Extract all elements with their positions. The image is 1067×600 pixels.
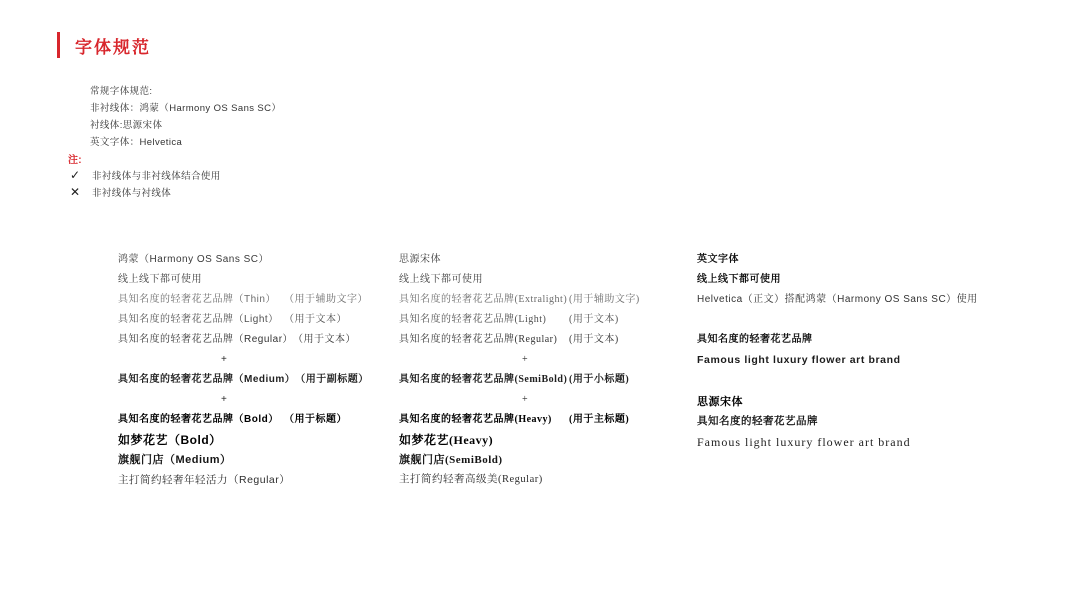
spec-usage: （用于文本） (293, 330, 356, 350)
spec-row-thin: 具知名度的轻奢花艺品牌（Thin） （用于辅助文字） (118, 290, 403, 310)
column-subtitle: 线上线下都可使用 (697, 270, 1027, 290)
spec-name: 具知名度的轻奢花艺品牌(Heavy) (399, 410, 569, 430)
notes-line-sans: 非衬线体：鸿蒙（Harmony OS Sans SC） (90, 100, 281, 117)
spec-usage: （用于标题） (284, 410, 347, 430)
sample-store-name: 旗舰门店(SemiBold) (399, 450, 694, 470)
sans-sample-en: Famous light luxury flower art brand (697, 350, 1027, 370)
notes-heading: 常规字体规范: (90, 83, 281, 100)
spec-row-medium: 具知名度的轻奢花艺品牌（Medium） （用于副标题） (118, 370, 403, 390)
spec-name: 具知名度的轻奢花艺品牌（Regular） (118, 330, 293, 350)
plus-separator: + (118, 350, 403, 370)
column-subtitle: 线上线下都可使用 (118, 270, 403, 290)
plus-separator: + (399, 350, 694, 370)
spec-row-regular: 具知名度的轻奢花艺品牌(Regular) (用于文本) (399, 330, 694, 350)
page-title: 字体规范 (75, 33, 151, 58)
column-source-han-serif: 思源宋体 线上线下都可使用 具知名度的轻奢花艺品牌(Extralight) (用… (399, 250, 694, 490)
spec-usage: (用于文本) (569, 330, 619, 350)
serif-heading: 思源宋体 (697, 392, 1027, 412)
spec-row-light: 具知名度的轻奢花艺品牌(Light) (用于文本) (399, 310, 694, 330)
column-title: 英文字体 (697, 250, 1027, 270)
spec-row-heavy: 具知名度的轻奢花艺品牌(Heavy) (用于主标题) (399, 410, 694, 430)
rule-allowed-text: 非衬线体与非衬线体结合使用 (92, 168, 221, 182)
rule-forbidden-text: 非衬线体与衬线体 (92, 185, 171, 199)
spec-name: 具知名度的轻奢花艺品牌（Medium） (118, 370, 295, 390)
spec-usage: (用于辅助文字) (569, 290, 640, 310)
sample-store-name: 旗舰门店（Medium） (118, 450, 403, 470)
note-label: 注: (68, 151, 82, 166)
column-english-fonts: 英文字体 线上线下都可使用 Helvetica（正文）搭配鸿蒙（Harmony … (697, 250, 1027, 452)
spec-usage: （用于辅助文字） (284, 290, 368, 310)
sample-slogan: 主打简约轻奢高级美(Regular) (399, 470, 694, 490)
spec-row-extralight: 具知名度的轻奢花艺品牌(Extralight) (用于辅助文字) (399, 290, 694, 310)
pairing-rule: Helvetica（正文）搭配鸿蒙（Harmony OS Sans SC）使用 (697, 290, 1027, 310)
rule-allowed: ✓ 非衬线体与非衬线体结合使用 (70, 166, 221, 183)
spec-usage: (用于文本) (569, 310, 619, 330)
plus-separator: + (399, 390, 694, 410)
spec-row-regular: 具知名度的轻奢花艺品牌（Regular） （用于文本） (118, 330, 403, 350)
sample-brand-name: 如梦花艺（Bold） (118, 430, 403, 450)
column-subtitle: 线上线下都可使用 (399, 270, 694, 290)
spec-name: 具知名度的轻奢花艺品牌(SemiBold) (399, 370, 569, 390)
notes-line-serif: 衬线体:思源宋体 (90, 117, 281, 134)
column-harmony-sans: 鸿蒙（Harmony OS Sans SC） 线上线下都可使用 具知名度的轻奢花… (118, 250, 403, 490)
sample-slogan: 主打简约轻奢年轻活力（Regular） (118, 470, 403, 490)
spec-name: 具知名度的轻奢花艺品牌（Light） (118, 310, 284, 330)
usage-rules: ✓ 非衬线体与非衬线体结合使用 ✕ 非衬线体与衬线体 (70, 166, 221, 200)
spec-name: 具知名度的轻奢花艺品牌（Thin） (118, 290, 284, 310)
spec-name: 具知名度的轻奢花艺品牌(Extralight) (399, 290, 569, 310)
section-header: 字体规范 (57, 32, 151, 58)
column-title: 思源宋体 (399, 250, 694, 270)
spec-name: 具知名度的轻奢花艺品牌(Light) (399, 310, 569, 330)
sample-brand-name: 如梦花艺(Heavy) (399, 430, 694, 450)
accent-bar (57, 32, 60, 58)
spec-row-bold: 具知名度的轻奢花艺品牌（Bold） （用于标题） (118, 410, 403, 430)
page: { "page": { "title": "字体规范", "accent_col… (0, 0, 1067, 600)
serif-sample-cn: 具知名度的轻奢花艺品牌 (697, 412, 1027, 432)
spec-usage: （用于文本） (284, 310, 347, 330)
spec-usage: (用于小标题) (569, 370, 629, 390)
sans-sample-cn: 具知名度的轻奢花艺品牌 (697, 330, 1027, 350)
cross-icon: ✕ (70, 185, 92, 199)
check-icon: ✓ (70, 168, 92, 182)
serif-sample-en: Famous light luxury flower art brand (697, 432, 1027, 452)
spec-usage: (用于主标题) (569, 410, 629, 430)
plus-separator: + (118, 390, 403, 410)
font-notes: 常规字体规范: 非衬线体：鸿蒙（Harmony OS Sans SC） 衬线体:… (90, 83, 281, 151)
spec-name: 具知名度的轻奢花艺品牌（Bold） (118, 410, 284, 430)
rule-forbidden: ✕ 非衬线体与衬线体 (70, 183, 221, 200)
spec-row-semibold: 具知名度的轻奢花艺品牌(SemiBold) (用于小标题) (399, 370, 694, 390)
spec-usage: （用于副标题） (295, 370, 369, 390)
spec-name: 具知名度的轻奢花艺品牌(Regular) (399, 330, 569, 350)
notes-line-en: 英文字体：Helvetica (90, 134, 281, 151)
spec-row-light: 具知名度的轻奢花艺品牌（Light） （用于文本） (118, 310, 403, 330)
column-title: 鸿蒙（Harmony OS Sans SC） (118, 250, 403, 270)
